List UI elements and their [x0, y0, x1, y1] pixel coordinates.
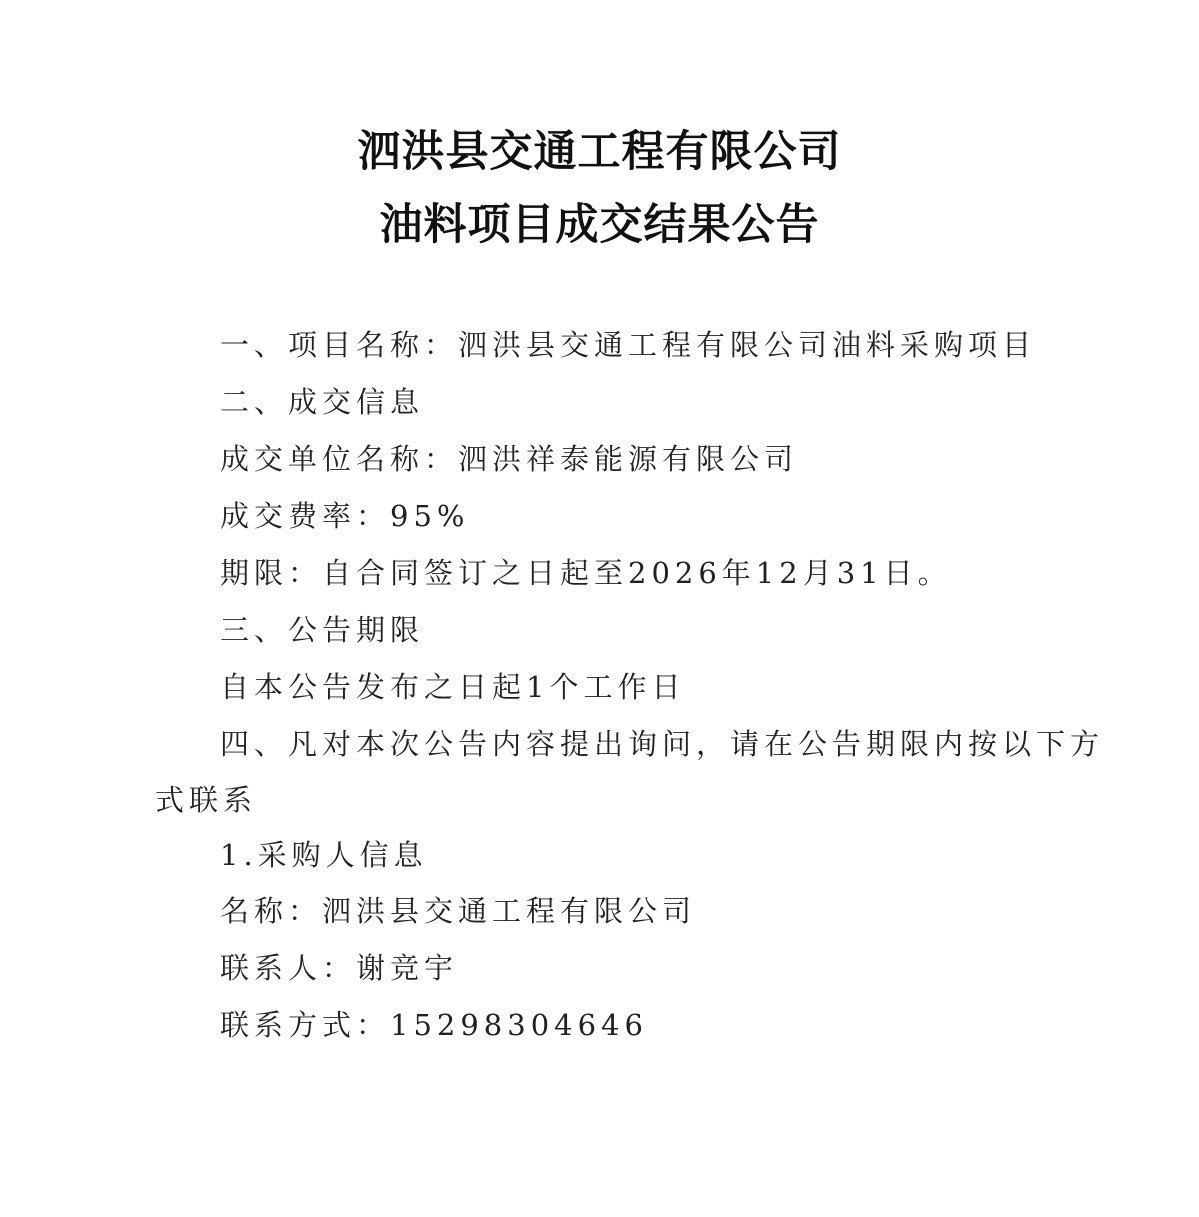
term-line: 期限：自合同签订之日起至2026年12月31日。 — [220, 551, 952, 592]
contact-phone-line: 联系方式：15298304646 — [220, 1003, 648, 1044]
notice-period-line: 自本公告发布之日起1个工作日 — [220, 665, 685, 706]
purchaser-info-heading: 1.采购人信息 — [220, 833, 428, 874]
section-deal-info-heading: 二、成交信息 — [220, 380, 424, 421]
title-line-1: 泗洪县交通工程有限公司 — [0, 118, 1199, 179]
inquiry-line-1: 四、凡对本次公告内容提出询问，请在公告期限内按以下方 — [220, 722, 1104, 763]
winning-unit-line: 成交单位名称：泗洪祥泰能源有限公司 — [220, 437, 798, 478]
contact-person-line: 联系人：谢竞宇 — [220, 946, 458, 987]
inquiry-line-2: 式联系 — [155, 778, 257, 819]
fee-rate-line: 成交费率：95% — [220, 494, 469, 535]
title-line-2: 油料项目成交结果公告 — [0, 191, 1199, 252]
section-notice-period-heading: 三、公告期限 — [220, 608, 424, 649]
purchaser-name-line: 名称：泗洪县交通工程有限公司 — [220, 889, 696, 930]
project-name-line: 一、项目名称：泗洪县交通工程有限公司油料采购项目 — [220, 323, 1036, 364]
